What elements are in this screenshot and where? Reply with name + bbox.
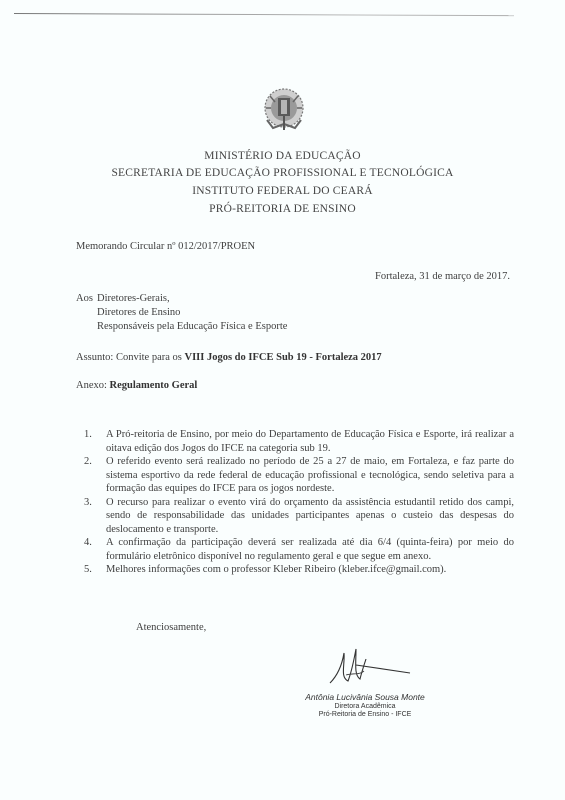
- list-item: 5. Melhores informações com o professor …: [84, 563, 514, 577]
- subject-bold: VIII Jogos do IFCE Sub 19 - Fortaleza 20…: [185, 352, 382, 363]
- recipient-line: Diretores-Gerais,: [97, 293, 170, 304]
- subject-plain: Convite para os: [116, 352, 182, 363]
- handwritten-signature-icon: [290, 645, 440, 687]
- memo-items-list: 1. A Pró-reitoria de Ensino, por meio do…: [84, 428, 514, 577]
- signature-block: Antônia Lucivânia Sousa Monte Diretora A…: [290, 645, 440, 718]
- header-secretariat: SECRETARIA DE EDUCAÇÃO PROFISSIONAL E TE…: [0, 167, 565, 179]
- list-item: 4. A confirmação da participação deverá …: [84, 536, 514, 563]
- header-institute: INSTITUTO FEDERAL DO CEARÁ: [0, 185, 565, 197]
- subject-label: Assunto:: [76, 352, 113, 363]
- attachment-label: Anexo:: [76, 380, 107, 391]
- recipients-prefix: Aos: [76, 293, 93, 304]
- list-item: 2. O referido evento será realizado no p…: [84, 455, 514, 496]
- signatory-unit: Pró-Reitoria de Ensino - IFCE: [290, 711, 440, 718]
- memo-id: Memorando Circular nº 012/2017/PROEN: [76, 241, 255, 252]
- recipient-line: Responsáveis pela Educação Física e Espo…: [97, 321, 287, 332]
- header-ministry: MINISTÉRIO DA EDUCAÇÃO: [0, 150, 565, 162]
- list-item: 1. A Pró-reitoria de Ensino, por meio do…: [84, 428, 514, 455]
- brazil-coat-of-arms-icon: [261, 86, 307, 136]
- list-item: 3. O recurso para realizar o evento virá…: [84, 496, 514, 537]
- place-date: Fortaleza, 31 de março de 2017.: [375, 271, 510, 282]
- attachment-line: Anexo: Regulamento Geral: [76, 380, 197, 391]
- scan-artifact-line: [14, 13, 514, 16]
- header-dean-office: PRÓ-REITORIA DE ENSINO: [0, 203, 565, 215]
- recipient-line: Diretores de Ensino: [97, 307, 180, 318]
- attachment-value: Regulamento Geral: [110, 380, 198, 391]
- subject-line: Assunto: Convite para os VIII Jogos do I…: [76, 352, 382, 363]
- signatory-name: Antônia Lucivânia Sousa Monte: [290, 692, 440, 702]
- document-page: MINISTÉRIO DA EDUCAÇÃO SECRETARIA DE EDU…: [0, 0, 565, 800]
- closing: Atenciosamente,: [136, 622, 206, 633]
- signatory-role: Diretora Acadêmica: [290, 703, 440, 710]
